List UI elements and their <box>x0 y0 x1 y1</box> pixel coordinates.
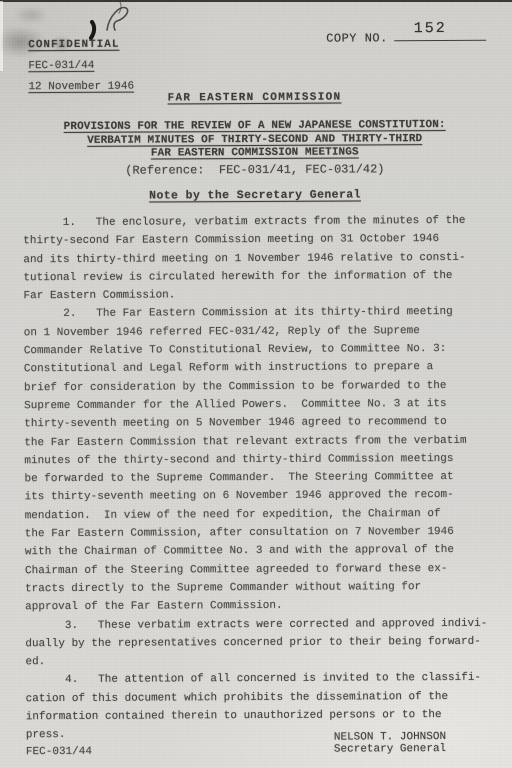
reference-line: (Reference: FEC-031/41, FEC-031/42) <box>0 162 511 179</box>
document-title-line: FAR EASTERN COMMISSION MEETINGS <box>0 146 511 162</box>
document-title-line: PROVISIONS FOR THE REVIEW OF A NEW JAPAN… <box>0 119 511 135</box>
copy-number-line: 152 <box>394 26 486 41</box>
document-title: PROVISIONS FOR THE REVIEW OF A NEW JAPAN… <box>0 119 511 162</box>
paragraph-2: 2. The Far Eastern Commission at its thi… <box>24 303 504 617</box>
paragraph-1: 1. The enclosure, verbatim extracts from… <box>23 212 501 306</box>
signature-title: Secretary General <box>334 744 446 756</box>
copy-number: COPY NO.152 <box>326 26 486 46</box>
copy-number-label: COPY NO. <box>326 31 388 45</box>
document-number: FEC-031/44 <box>28 56 134 78</box>
document-header-left: CONFIDENTIAL FEC-031/44 12 November 1946 <box>28 35 134 99</box>
note-heading: Note by the Secretary General <box>0 188 511 204</box>
paragraph-3: 3. These verbatim extracts were correcte… <box>25 614 503 671</box>
signature-block: NELSON T. JOHNSON Secretary General <box>334 732 446 756</box>
classification-marking: CONFIDENTIAL <box>28 35 134 57</box>
scanned-document-page: CONFIDENTIAL FEC-031/44 12 November 1946… <box>0 0 512 768</box>
document-content: CONFIDENTIAL FEC-031/44 12 November 1946… <box>0 0 512 768</box>
document-body: 1. The enclosure, verbatim extracts from… <box>23 212 504 745</box>
copy-number-value: 152 <box>414 20 447 37</box>
organization-heading: FAR EASTERN COMMISSION <box>0 91 511 106</box>
footer-document-number: FEC-031/44 <box>26 746 92 758</box>
